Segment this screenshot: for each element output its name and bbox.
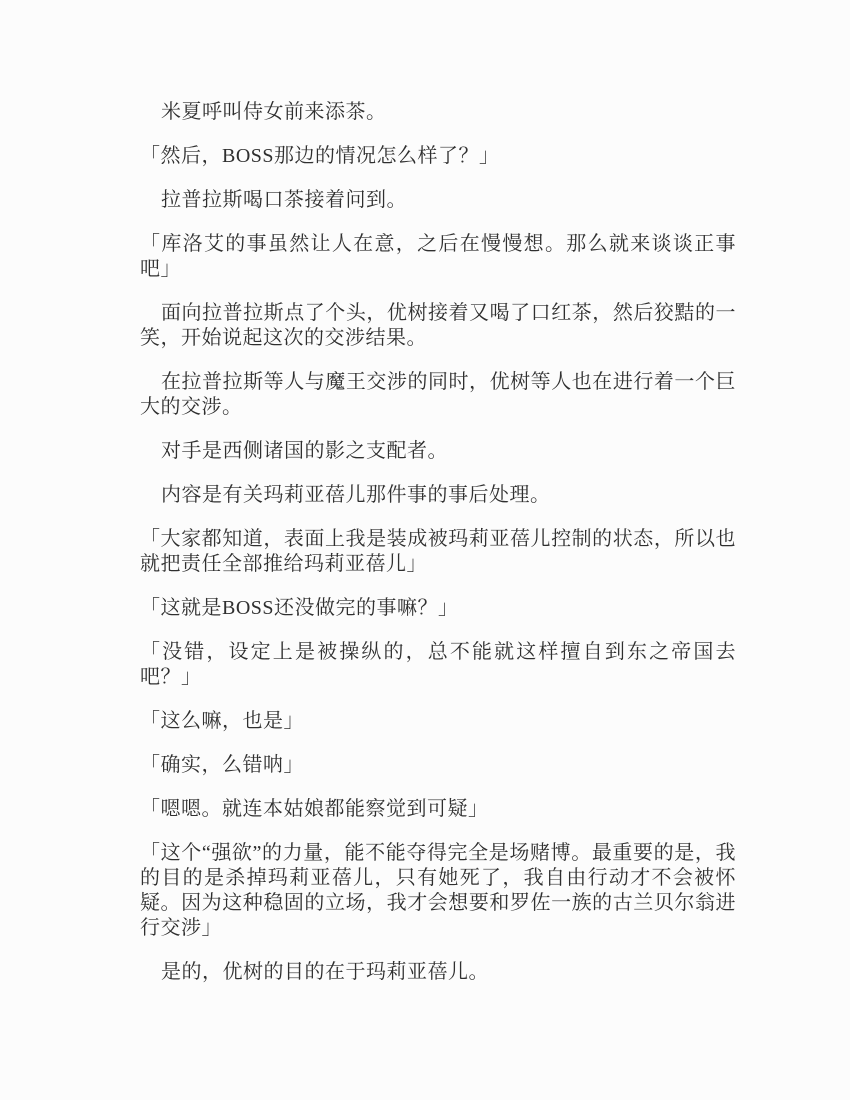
novel-page: 米夏呼叫侍女前来添茶。「然后，BOSS那边的情况怎么样了？」拉普拉斯喝口茶接着问… xyxy=(0,0,850,1100)
paragraph: 「大家都知道，表面上我是装成被玛莉亚蓓儿控制的状态，所以也就把责任全部推给玛莉亚… xyxy=(140,527,736,577)
paragraph: 「然后，BOSS那边的情况怎么样了？」 xyxy=(140,144,736,169)
paragraph: 「确实，么错呐」 xyxy=(140,753,736,778)
paragraph: 面向拉普拉斯点了个头，优树接着又喝了口红茶，然后狡黠的一笑，开始说起这次的交涉结… xyxy=(140,301,736,351)
paragraph: 在拉普拉斯等人与魔王交涉的同时，优树等人也在进行着一个巨大的交涉。 xyxy=(140,370,736,420)
paragraph: 「库洛艾的事虽然让人在意，之后在慢慢想。那么就来谈谈正事吧」 xyxy=(140,232,736,282)
paragraph: 「这么嘛，也是」 xyxy=(140,709,736,734)
paragraph: 「没错，设定上是被操纵的，总不能就这样擅自到东之帝国去吧？」 xyxy=(140,640,736,690)
paragraph: 「这个“强欲”的力量，能不能夺得完全是场赌博。最重要的是，我的目的是杀掉玛莉亚蓓… xyxy=(140,841,736,941)
paragraph: 是的，优树的目的在于玛莉亚蓓儿。 xyxy=(140,960,736,985)
paragraph: 米夏呼叫侍女前来添茶。 xyxy=(140,100,736,125)
paragraph: 对手是西侧诸国的影之支配者。 xyxy=(140,439,736,464)
paragraph: 「这就是BOSS还没做完的事嘛？」 xyxy=(140,596,736,621)
paragraph: 「嗯嗯。就连本姑娘都能察觉到可疑」 xyxy=(140,797,736,822)
paragraph: 内容是有关玛莉亚蓓儿那件事的事后处理。 xyxy=(140,483,736,508)
novel-text-block: 米夏呼叫侍女前来添茶。「然后，BOSS那边的情况怎么样了？」拉普拉斯喝口茶接着问… xyxy=(140,100,736,1004)
paragraph: 拉普拉斯喝口茶接着问到。 xyxy=(140,188,736,213)
